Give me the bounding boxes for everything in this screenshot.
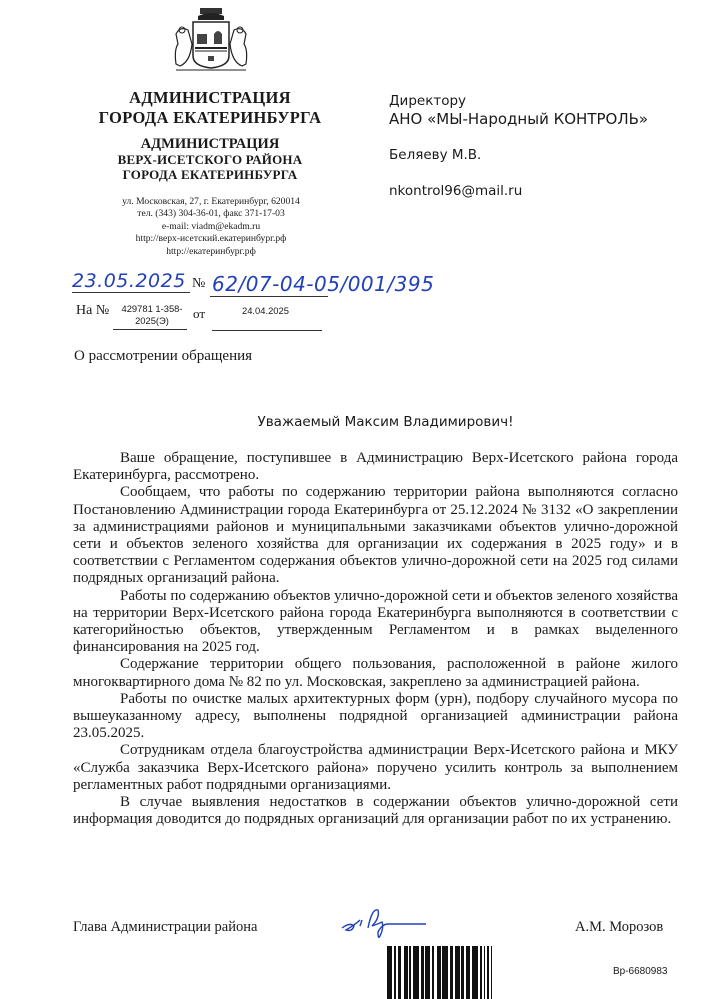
- barcode-icon: [387, 946, 497, 999]
- contact-email: e-mail: viadm@ekadm.ru: [80, 221, 342, 233]
- letterhead-org: АДМИНИСТРАЦИЯ ГОРОДА ЕКАТЕРИНБУРГА: [60, 88, 360, 128]
- paragraph-4: Содержание территории общего пользования…: [73, 656, 678, 690]
- date-underline: [72, 292, 190, 293]
- document-code: Вр-6680983: [613, 966, 668, 977]
- contact-phone: тел. (343) 304-36-01, факс 371-17-03: [80, 208, 342, 220]
- org-name-line2: ГОРОДА ЕКАТЕРИНБУРГА: [60, 108, 360, 128]
- coat-of-arms-icon: [168, 4, 254, 76]
- ref-number: 429781 1-358- 2025(Э): [117, 303, 187, 327]
- recipient-organization: АНО «МЫ-Народный КОНТРОЛЬ»: [389, 110, 648, 128]
- recipient-email: nkontrol96@mail.ru: [389, 182, 648, 200]
- contact-website-district: http://верх-исетский.екатеринбург.рф: [80, 233, 342, 245]
- recipient-block: Директору АНО «МЫ-Народный КОНТРОЛЬ» Бел…: [389, 92, 648, 200]
- ref-from-label: от: [193, 306, 205, 322]
- dept-name-line1: АДМИНИСТРАЦИЯ: [60, 136, 360, 152]
- paragraph-1: Ваше обращение, поступившее в Администра…: [73, 450, 678, 484]
- letterhead-dept: АДМИНИСТРАЦИЯ ВЕРХ-ИСЕТСКОГО РАЙОНА ГОРО…: [60, 136, 360, 182]
- contact-website-city: http://екатеринбург.рф: [80, 246, 342, 258]
- recipient-title: Директору: [389, 92, 648, 110]
- number-underline: [210, 296, 328, 297]
- org-name-line1: АДМИНИСТРАЦИЯ: [60, 88, 360, 108]
- paragraph-6: Сотрудникам отдела благоустройства админ…: [73, 742, 678, 794]
- ref-date: 24.04.2025: [242, 305, 289, 316]
- signatory-name: А.М. Морозов: [575, 919, 663, 936]
- paragraph-7: В случае выявления недостатков в содержа…: [73, 794, 678, 828]
- letter-subject: О рассмотрении обращения: [74, 348, 252, 365]
- ref-number-line1: 429781 1-358-: [117, 303, 187, 315]
- paragraph-2: Сообщаем, что работы по содержанию терри…: [73, 484, 678, 587]
- contact-address: ул. Московская, 27, г. Екатеринбург, 620…: [80, 196, 342, 208]
- handwritten-signature-icon: [338, 902, 428, 942]
- registration-number: 62/07-04-05/001/395: [212, 272, 434, 296]
- salutation: Уважаемый Максим Владимирович!: [0, 414, 711, 430]
- recipient-name: Беляеву М.В.: [389, 146, 648, 164]
- dept-name-line3: ГОРОДА ЕКАТЕРИНБУРГА: [60, 167, 360, 182]
- ref-number-underline: [113, 329, 187, 330]
- registration-date: 23.05.2025: [72, 270, 186, 292]
- ref-number-line2: 2025(Э): [117, 315, 187, 327]
- letter-body: Ваше обращение, поступившее в Администра…: [73, 450, 678, 828]
- signatory-position: Глава Администрации района: [73, 919, 257, 936]
- paragraph-5: Работы по очистке малых архитектурных фо…: [73, 691, 678, 743]
- paragraph-3: Работы по содержанию объектов улично-дор…: [73, 588, 678, 657]
- registration-number-label: №: [192, 276, 205, 292]
- letterhead-contacts: ул. Московская, 27, г. Екатеринбург, 620…: [80, 196, 342, 258]
- ref-date-underline: [212, 330, 322, 331]
- dept-name-line2: ВЕРХ-ИСЕТСКОГО РАЙОНА: [60, 152, 360, 167]
- ref-label: На №: [76, 303, 109, 319]
